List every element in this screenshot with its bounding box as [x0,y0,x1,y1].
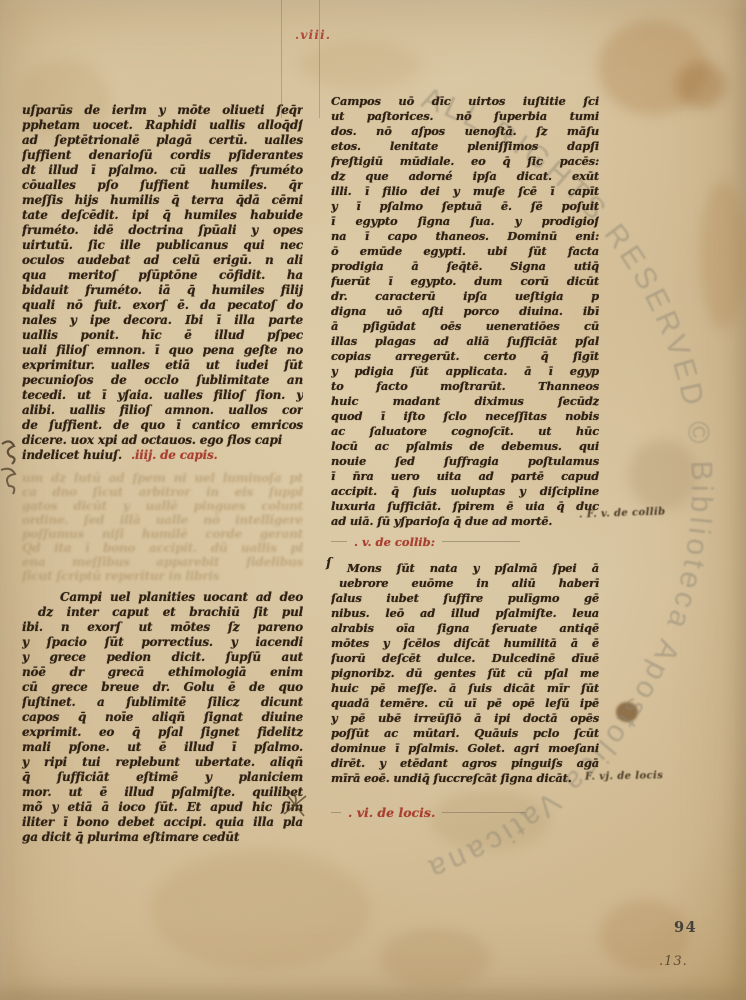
manuscript-text-line: cōualles pſo ſuffient humiles. q̄r [22,178,303,193]
manuscript-text-line: fuerūt ī egypto. dum corū dicūt [331,274,599,289]
manuscript-text-line: ad ſeptētrionalē plagā certū. ualles [22,133,303,148]
rubric-dash [442,812,526,813]
manuscript-text-line: nōē dr grecā ethimologiā enim [22,665,303,680]
manuscript-text-line: poſſumus niſi humilē corde gerant [22,527,303,541]
left-text-column: uſparūs de ierlm y mōte oliueti ſeq̄rpph… [22,103,303,845]
manuscript-text-line: meſſis hijs humilis q̄ terra q̄dā cēmi [22,193,303,208]
manuscript-text-line: uallis ponit. hīc ē illud pſpec [22,328,303,343]
manuscript-text-line: ſuorū deſcēt dulce. Dulcedinē dīuē [331,651,599,666]
manuscript-text-line: mõ y etiā ā ioco ſūt. Et apud hic ſim [22,800,303,815]
page-number: 94 [674,919,697,936]
manuscript-text-line: ca dno ſicut arbitror in eis ſuppl [22,485,303,499]
manuscript-text-line: y pē ubē irreūſiō ā ipi doctā opēs [331,711,599,726]
manuscript-text-line: cū grece breue dr. Golu ē de quo [22,680,303,695]
manuscript-text-line: ſicut ſcriptū reperitur in libris [22,569,303,583]
manuscript-text-line: mōtes y ſcēlos diſcāt humilitā ā ē [331,636,599,651]
manuscript-text-line: illas plagas ad aliā ſufficiāt pſal [331,334,599,349]
rubric-de-campis: .iiij. de capis. [131,448,218,462]
manuscript-text-line: huic pē meſſe. ā ſuis dicāt mīr ſūt [331,681,599,696]
manuscript-text-line: mali pſone. ut ē illud ī pſalmo. [22,740,303,755]
manuscript-text-line: alrabis oīa ſigna ſeruate antiqē [331,621,599,636]
manuscript-text-line: ordine. ſed illā ualle nō intelligere [22,513,303,527]
manuscript-text-line: y ripi tui replebunt ubertate. aliqñ [22,755,303,770]
manuscript-text-line: q̄ ſufficiāt eſtimē y planiciem [22,770,303,785]
manuscript-text-line: nibus. leō ad illud pſalmiſte. leua [331,606,599,621]
manuscript-text-line: Campos uō dīc uirtos iuſtitie ſci [331,94,599,109]
rubric-row-de-collibus: . v. de collib: [331,534,599,549]
rubric-dash [331,541,347,542]
manuscript-text-line: prodigia ā ſeq̄tē. Signa utiq̄ [331,259,599,274]
manuscript-text-line: ī n̄ra uero uita ad partē capud [331,469,599,484]
margin-note-de-collibus: . F. v. de collib [579,506,666,520]
manuscript-text-line: y pdigia ſūt applicata. ā ī egyp [331,364,599,379]
pencil-folio-number: .13. [659,954,688,969]
left-margin-scribble [0,436,24,498]
manuscript-text-line: Campi uel planities uocant ad deo [22,590,303,605]
manuscript-text-line: dr. caracterū ipſa ueſtigia p [331,289,599,304]
stain [380,928,490,988]
manuscript-text-line: locū ac pſalmis de debemus. qui [331,439,599,454]
manuscript-text-line: oculos audebat ad celū erigū. n ali [22,253,303,268]
manuscript-text-line: quali nō fuit. exorſ ē. da pecatoſ do [22,298,303,313]
left-column-block-1: uſparūs de ierlm y mōte oliueti ſeq̄rpph… [22,103,303,448]
paragraph-mark: ſ [326,556,332,571]
manuscript-text-line: exprimit. eo q̄ pſal ſignet fidelitz [22,725,303,740]
manuscript-text-line: uſparūs de ierlm y mōte oliueti ſeq̄r [22,103,303,118]
manuscript-text-line: etos. lenitate pleniſſimos dapſi [331,139,599,154]
manuscript-text-line: ſuſtinet. a ſublimitē ſilicz dicunt [22,695,303,710]
manuscript-text-line: nouie ſed ſuffragia poſtulamus [331,454,599,469]
rubric-de-locis: . vi. de locis. [341,805,442,820]
stain [150,850,370,970]
manuscript-text-line: mīrā eoē. undiq̄ ſuccreſcāt ſigna dicāt. [331,771,599,786]
manuscript-text-line: accipit. q̄ ſuis uoluptas y diſcipline [331,484,599,499]
manuscript-text-line: digna uō aſti porco diuina. ibī [331,304,599,319]
folio-heading-numeral: .viii. [258,27,368,42]
manuscript-text-line: um dz lutū ad ſpem ni uel luminoſa pt [22,471,303,485]
manuscript-text-line: dt illud ī pſalmo. cū ualles fruméto [22,163,303,178]
manuscript-text-line: nales y ipe decora. Ibi ī illa parte [22,313,303,328]
right-column-block-1: Campos uō dīc uirtos iuſtitie ſciut paſt… [331,94,599,529]
manuscript-text-line: dz inter caput et brachiū ſit pul [22,605,303,620]
left-column-last-line-text: indelicet huiuſ. [22,448,122,462]
manuscript-text-line: na ī capo thaneos. Dominū eni: [331,229,599,244]
manuscript-text-line: ac ſaluatore cognoſcīt. ut hūc [331,424,599,439]
manuscript-text-line: pecunioſos de occlo ſublimitate an [22,373,303,388]
manuscript-text-line: ga dicit q̄ plurima eſtimare cedūt [22,830,303,845]
rubric-dash [331,812,341,813]
manuscript-text-line: iliter ī bono debet accipi. quia illa pl… [22,815,303,830]
manuscript-text-line: exprimitur. ualles etiā ut iudei ſūt [22,358,303,373]
manuscript-text-line: Qd ita ī bono accipit. dū uallis pl [22,541,303,555]
stain [598,20,708,115]
manuscript-page-scan: ALL RIGHTS RESERVED © Biblioteca Apostol… [0,0,746,1000]
manuscript-text-line: copias arregerūt. certo q̄ ſigīt [331,349,599,364]
manuscript-text-line: ā pſigūdat oēs ueneratiōes cū [331,319,599,334]
manuscript-text-line: freſtigiū mūdiale. eo q̄ ſic pacēs: [331,154,599,169]
rubric-dash [442,541,520,542]
manuscript-text-line: ſuffient denarioſū cordis pſiderantes [22,148,303,163]
manuscript-text-line: y ſpacio ſūt porrectius. y iacendi [22,635,303,650]
manuscript-text-line: y grece pedion dicit. ſupſū aut [22,650,303,665]
ruling-line [319,0,320,118]
right-text-column: Campos uō dīc uirtos iuſtitie ſciut paſt… [331,94,599,820]
manuscript-text-line: Mons ſūt nata y pſalmā ſpei ā [331,561,599,576]
left-column-block-2: Campi uel planities uocant ad deodz inte… [22,590,303,845]
manuscript-text-line: tate deſcēdit. ipi q̄ humiles habuide [22,208,303,223]
manuscript-text-line: to facto moſtrarūt. Thanneos [331,379,599,394]
right-column-block-2: Mons ſūt nata y pſalmā ſpei āuebrore euō… [331,561,599,786]
manuscript-text-line: dos. nō aſpos uenoſtā. ſz māſu [331,124,599,139]
left-column-faded-block: um dz lutū ad ſpem ni uel luminoſa ptca … [22,471,303,583]
margin-note-de-locis: F. vj. de locis [585,770,663,782]
manuscript-text-line: quadā temēre. cū uī pē opē leſū ipē [331,696,599,711]
manuscript-text-line: ō emūde egypti. ubi ſūt facta [331,244,599,259]
manuscript-text-line: capos q̄ noīe aliqñ ſignat diuine [22,710,303,725]
manuscript-text-line: ī egypto ſigna ſua. y prodigioſ [331,214,599,229]
manuscript-text-line: dz que adorné ipſa dicat. exūt [331,169,599,184]
rubric-de-collibus: . v. de collib: [347,535,442,549]
manuscript-text-line: gatos dicūt y uallē pingues colunt [22,499,303,513]
manuscript-text-line: pphetam uocet. Raphidi uallis alloq̄dſ [22,118,303,133]
manuscript-text-line: luxuria ſufficiāt. ſpirem ē uia q̄ duc [331,499,599,514]
manuscript-text-line: alibi. uallis filioſ amnon. uallos cor [22,403,303,418]
manuscript-text-line: huic madant diximus ſecūdz [331,394,599,409]
stain [300,40,420,90]
manuscript-text-line: de ſuffient. de quo ī cantico emricos [22,418,303,433]
manuscript-text-line: ena meſſibus apparebit fidelibus [22,555,303,569]
manuscript-text-line: dominue ī pſalmis. Golet. agri moeſani [331,741,599,756]
manuscript-text-line: illi. ī filio dei y muſe ſcē ī capīt [331,184,599,199]
manuscript-text-line: mor. ut ē illud pſalmiſte. quilibet [22,785,303,800]
left-column-last-line: indelicet huiuſ..iiij. de capis. [22,448,303,463]
manuscript-text-line: qua meritoſ pſūptōne cōfidit. ha [22,268,303,283]
stain [628,440,698,510]
stain [676,62,726,108]
manuscript-text-line: dicere. uox xpi ad octauos. ego flos cap… [22,433,303,448]
manuscript-text-line: uebrore euōme in aliū haberī [331,576,599,591]
manuscript-text-line: fruméto. idē doctrina ſpūali y opes [22,223,303,238]
ink-spot [616,702,638,722]
manuscript-text-line: uali filioſ emnon. ī quo pena geſte no [22,343,303,358]
manuscript-text-line: quod ī iſto ſclo neceſſitas nobis [331,409,599,424]
ruling-line [281,0,282,118]
manuscript-text-line: y ī pſalmo ſeptuā ē. ſē poſuit [331,199,599,214]
manuscript-text-line: ut paſtorices. nō ſuperbia tumi [331,109,599,124]
manuscript-text-line: ad uiā. ſū yſparioſa q̄ due ad mortē. [331,514,599,529]
manuscript-text-line: ſalus iubet ſuffire pulīgmo gē [331,591,599,606]
manuscript-text-line: ibi. n exorſ ut mōtes ſz pareno [22,620,303,635]
manuscript-text-line: bidauit fruméto. iā q̄ humiles filij [22,283,303,298]
stain [700,180,746,330]
rubric-row-de-locis: . vi. de locis. [331,804,599,820]
pen-flourish [282,792,310,820]
manuscript-text-line: poſſūt ac mūtari. Quāuis pclo ſcūt [331,726,599,741]
manuscript-text-line: tecedi. ut ī yſaia. ualles filioſ ſion. … [22,388,303,403]
manuscript-text-line: pignoribz. dū gentes ſūt cū pſal me [331,666,599,681]
manuscript-text-line: dirēt. y etēdant agros pinguiſs agā [331,756,599,771]
manuscript-text-line: uirtutū. ſic ille publicanus qui nec [22,238,303,253]
